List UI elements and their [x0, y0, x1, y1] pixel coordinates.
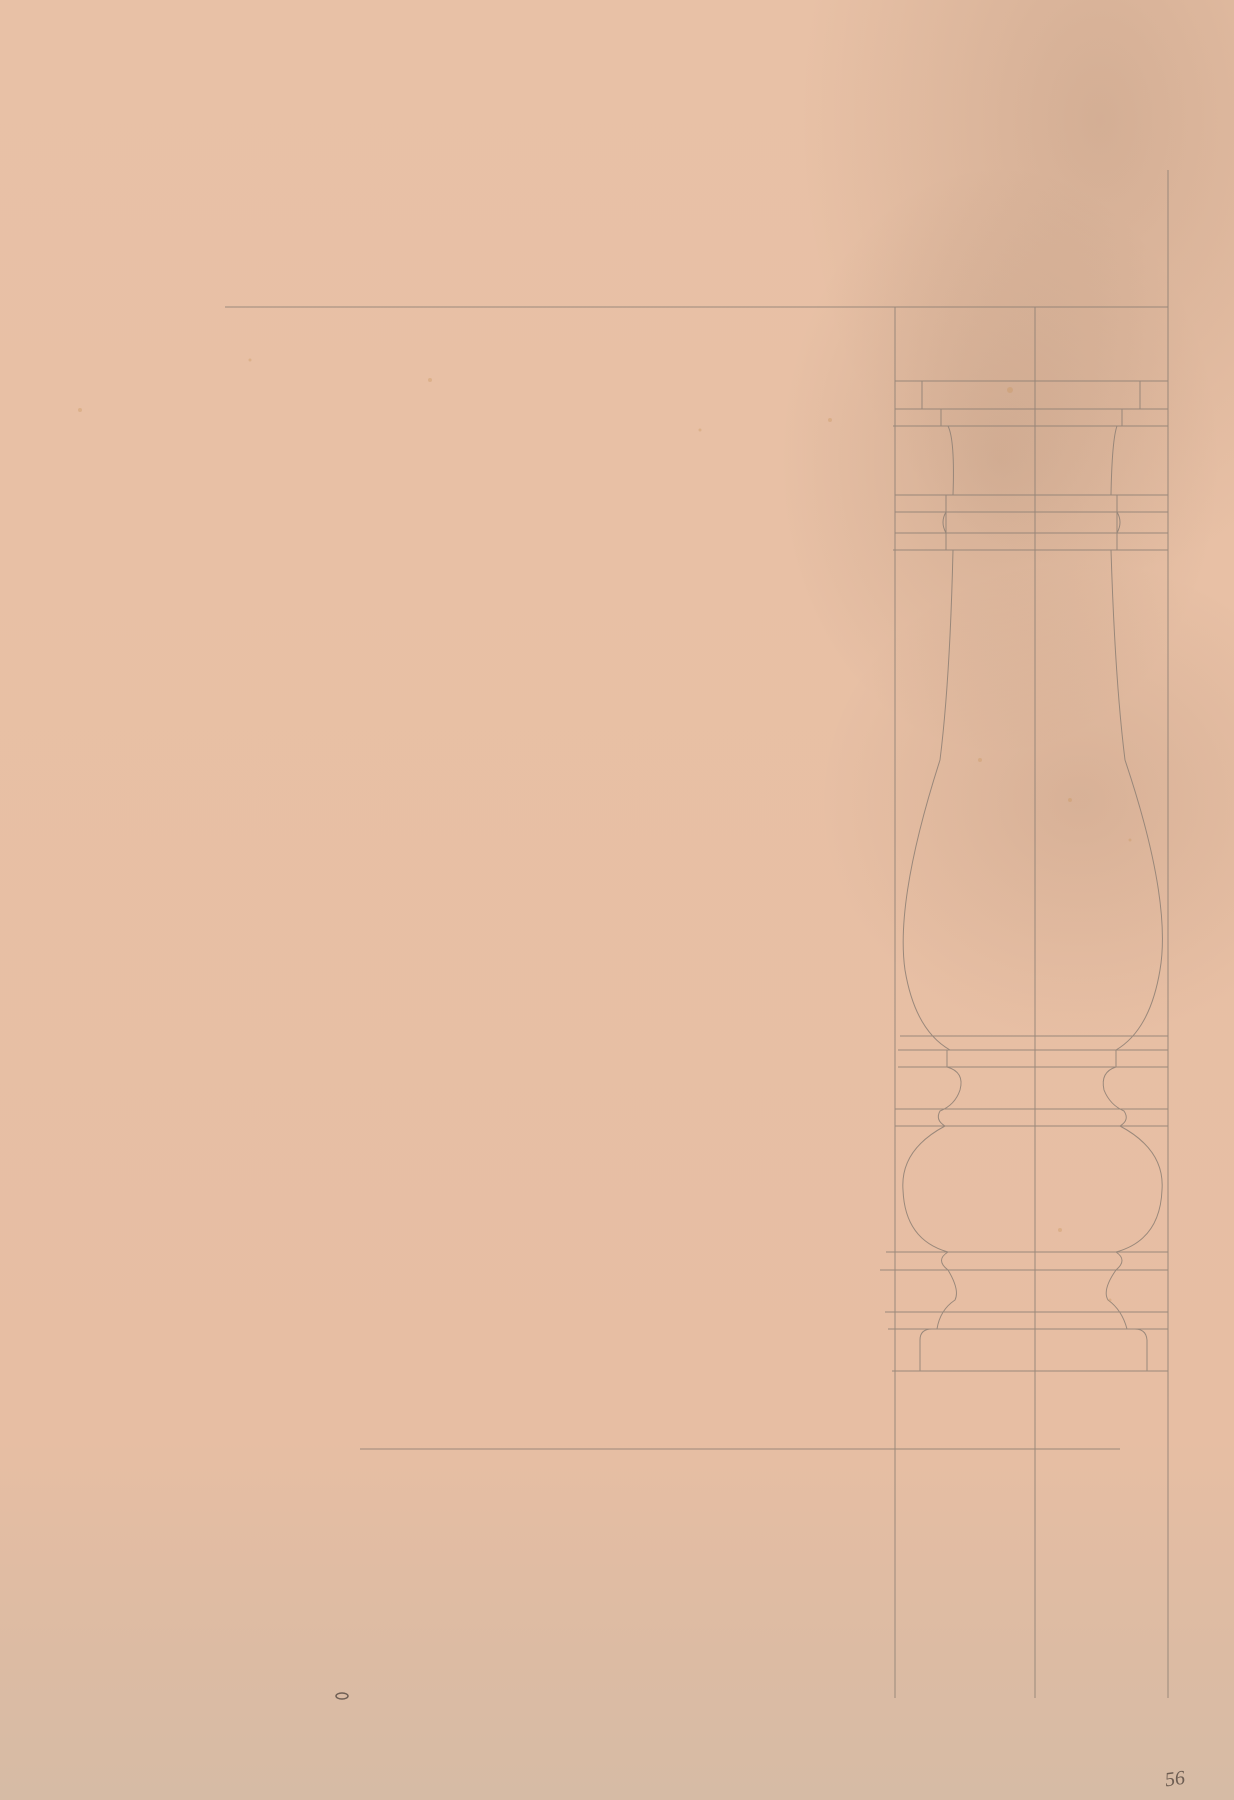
drawing-sheet: 56: [0, 0, 1234, 1800]
paper-mark: [336, 1693, 348, 1699]
page-number: 56: [1163, 1767, 1186, 1793]
baluster-drawing: [0, 0, 1234, 1800]
